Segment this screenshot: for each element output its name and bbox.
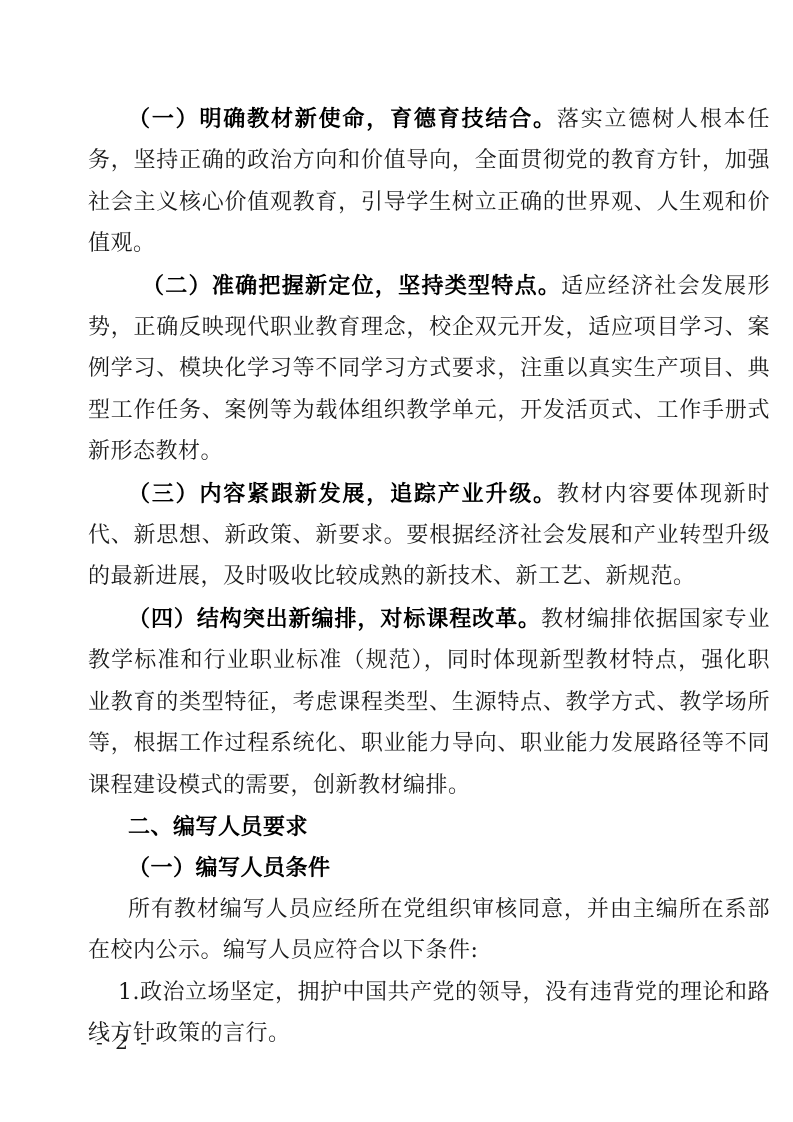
paragraph-condition-1: 1.政治立场坚定，拥护中国共产党的领导，没有违背党的理论和路线方针政策的言行。 xyxy=(88,972,770,1055)
section-heading: 二、编写人员要求 xyxy=(88,806,770,847)
point-1-lead: （一）明确教材新使命，育德育技结合。 xyxy=(128,106,557,131)
point-4-text: 教材编排依据国家专业教学标准和行业职业标准（规范），同时体现新型教材特点，强化职… xyxy=(88,607,770,798)
paragraph-point-1: （一）明确教材新使命，育德育技结合。落实立德树人根本任务，坚持正确的政治方向和价… xyxy=(88,98,770,265)
point-2-lead: （二）准确把握新定位，坚持类型特点。 xyxy=(142,273,561,298)
point-3-lead: （三）内容紧跟新发展，追踪产业升级。 xyxy=(128,481,557,506)
point-2-text: 适应经济社会发展形势，正确反映现代职业教育理念，校企双元开发，适应项目学习、案例… xyxy=(88,274,770,465)
point-4-lead: （四）结构突出新编排，对标课程改革。 xyxy=(128,606,541,631)
paragraph-point-4: （四）结构突出新编排，对标课程改革。教材编排依据国家专业教学标准和行业职业标准（… xyxy=(88,598,770,806)
page-number: - 2 - xyxy=(96,1030,150,1054)
paragraph-point-3: （三）内容紧跟新发展，追踪产业升级。教材内容要体现新时代、新思想、新政策、新要求… xyxy=(88,473,770,598)
paragraph-point-2: （二）准确把握新定位，坚持类型特点。适应经济社会发展形势，正确反映现代职业教育理… xyxy=(88,265,770,473)
document-body: （一）明确教材新使命，育德育技结合。落实立德树人根本任务，坚持正确的政治方向和价… xyxy=(88,98,770,1054)
subsection-heading: （一）编写人员条件 xyxy=(88,847,770,888)
paragraph-conditions-intro: 所有教材编写人员应经所在党组织审核同意，并由主编所在系部在校内公示。编写人员应符… xyxy=(88,889,770,972)
document-page: （一）明确教材新使命，育德育技结合。落实立德树人根本任务，坚持正确的政治方向和价… xyxy=(0,0,793,1122)
